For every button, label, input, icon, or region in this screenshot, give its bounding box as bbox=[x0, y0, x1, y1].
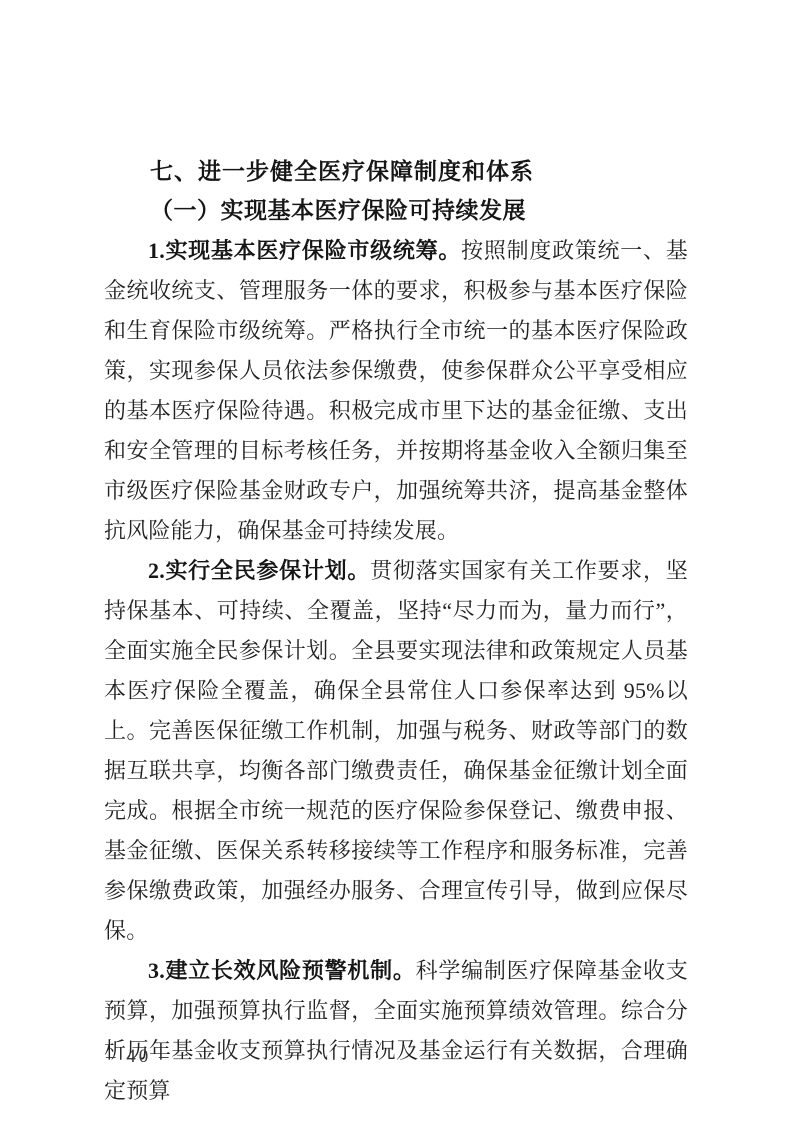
paragraph-1-lead: 1.实现基本医疗保险市级统筹。 bbox=[148, 238, 461, 263]
paragraph-2: 2.实行全民参保计划。贯彻落实国家有关工作要求，坚持保基本、可持续、全覆盖，坚持… bbox=[104, 551, 688, 951]
paragraph-2-body: 贯彻落实国家有关工作要求，坚持保基本、可持续、全覆盖，坚持“尽力而为，量力而行”… bbox=[104, 558, 688, 943]
paragraph-3: 3.建立长效风险预警机制。科学编制医疗保障基金收支预算，加强预算执行监督，全面实… bbox=[104, 951, 688, 1111]
paragraph-1-body: 按照制度政策统一、基金统收统支、管理服务一体的要求，积极参与基本医疗保险和生育保… bbox=[104, 238, 688, 543]
page-number: – 40 – bbox=[106, 1046, 172, 1068]
subsection-heading: （一）实现基本医疗保险可持续发展 bbox=[104, 191, 688, 231]
document-page: 七、进一步健全医疗保障制度和体系 （一）实现基本医疗保险可持续发展 1.实现基本… bbox=[0, 0, 793, 1122]
paragraph-2-lead: 2.实行全民参保计划。 bbox=[148, 558, 370, 583]
paragraph-3-lead: 3.建立长效风险预警机制。 bbox=[148, 958, 416, 983]
paragraph-1: 1.实现基本医疗保险市级统筹。按照制度政策统一、基金统收统支、管理服务一体的要求… bbox=[104, 231, 688, 551]
section-heading: 七、进一步健全医疗保障制度和体系 bbox=[104, 151, 688, 191]
document-content: 七、进一步健全医疗保障制度和体系 （一）实现基本医疗保险可持续发展 1.实现基本… bbox=[104, 151, 688, 1111]
